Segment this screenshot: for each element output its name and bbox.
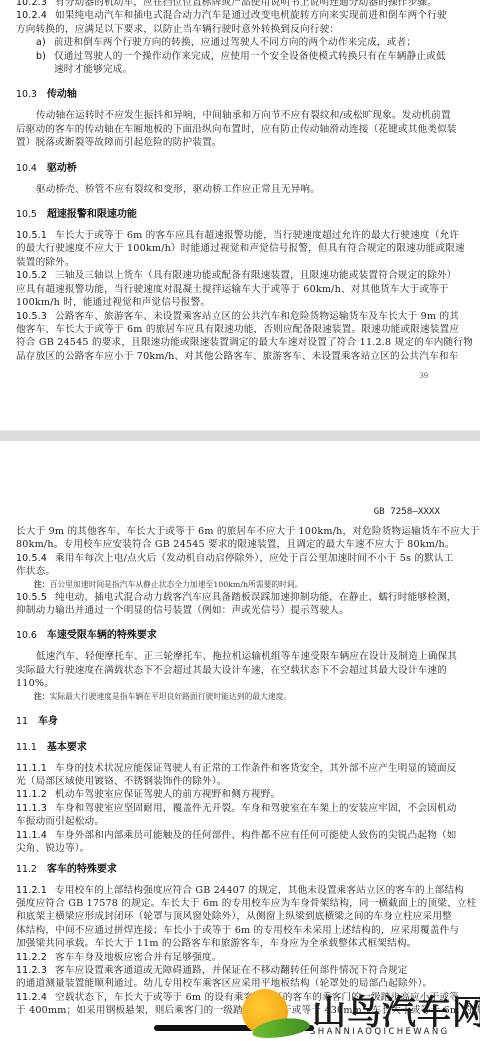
clause-11-1-2: 11.1.2机动车驾驶室应保证驾驶人的前方视野和侧方视野。 (16, 788, 440, 801)
clause-10-5-2: 10.5.2三轴及三轴以上货车（具有限速功能或配备有限速装置，且限速功能或装置符… (16, 269, 440, 282)
section-heading-11-2: 11.2客车的特殊要求 (16, 863, 440, 877)
clause-10-2-3: 10.2.3有分动器的机动车，应在挡位位置标牌或产品使用说明书上说明连通分动器的… (16, 0, 440, 9)
clause-10-5-2-cont: 100km/h 时，能通过视觉和声觉信号报警。 (16, 296, 440, 309)
para-10-4: 驱动桥壳、桥管不应有裂纹和变形，驱动桥工作应正常且无异响。 (16, 183, 440, 196)
clause-10-5-4: 10.5.4乘用车每次上电/点火后（发动机自动启停除外），应处于百公里加速时间不… (16, 552, 440, 565)
para-10-3-line-1: 传动轴在运转时不应发生振抖和异响，中间轴承和万向节不应有裂纹和/或松旷现象。发动… (16, 109, 440, 122)
list-item-b-cont: 速时才能够完成。 (16, 63, 440, 76)
document-id-header: GB 7258—XXXX (374, 506, 440, 517)
list-item-b: b)仅通过驾驶人的一个操作动作来完成，应使用一个安全设备使模式转换只有在车辆静止… (16, 50, 440, 63)
page-39-content: 10.2.3有分动器的机动车，应在挡位位置标牌或产品使用说明书上说明连通分动器的… (16, 0, 440, 363)
clause-10-5-3-cont: 符合 GB 24545 的要求，且限速功能或限速装置调定的最大车速对设置了符合 … (16, 336, 440, 349)
clause-11-2-1-cont: 和底架主横梁应形成封闭环（轮罩与顶风窗处除外），从侧窗上纵梁到底横梁之间的车身立… (16, 910, 440, 923)
clause-11-1-1: 11.1.1车身的技术状况应能保证驾驶人有正常的工作条件和客货安全，其外部不应产… (16, 762, 440, 775)
page-40-content: 长大于 9m 的其他客车、车长大于或等于 6m 的旅居车不应大于 100km/h… (16, 525, 440, 1018)
document-page-39: 10.2.3有分动器的机动车，应在挡位位置标牌或产品使用说明书上说明连通分动器的… (0, 0, 480, 430)
clause-10-5-3-cont: 他客车、车长大于或等于 6m 的旅居车应具有限速功能，否则应配备限速装置。限速功… (16, 323, 440, 336)
clause-11-1-4: 11.1.4车身外部和内部乘员可能触及的任何部件、构件都不应有任何可能使人致伤的… (16, 829, 440, 842)
clause-10-5-3: 10.5.3公路客车、旅游客车、未设置乘客站立区的公共汽车和危险货物运输货车及车… (16, 310, 440, 323)
section-heading-10-5: 10.5超速报警和限速功能 (16, 208, 440, 222)
para-10-3-line-3: 置）脱落或断裂等故障而引起危险的防护装置。 (16, 136, 440, 149)
clause-10-5-5: 10.5.5纯电动、插电式混合动力载客汽车应具备踏板误踩加速抑制功能，在静止、蠕… (16, 591, 440, 604)
clause-11-1-4-cont: 尖角、锐边等）。 (16, 842, 440, 855)
clause-10-5-5-cont: 抑制动力输出并通过一个明显的信号装置（例如：声或光信号）提示驾驶人。 (16, 604, 440, 617)
clause-10-5-1-cont: 装置的除外。 (16, 256, 440, 269)
clause-11-1-3: 11.1.3车身和驾驶室应坚固耐用，覆盖件无开裂。车身和驾驶室在车架上的安装应牢… (16, 802, 440, 815)
clause-11-2-1-cont: 体结构，中间不应通过拼焊连接；车长小于或等于 6m 的专用校车未采用上述结构的，… (16, 924, 440, 937)
clause-11-2-3: 11.2.3客车应设置乘客通道或无障碍通路，并保证在不移动翻转任何部件情况下符合… (16, 964, 440, 977)
clause-10-2-4: 10.2.4如果纯电动汽车和插电式混合动力汽车是通过改变电机旋转方向来实现前进和… (16, 9, 440, 22)
clause-11-1-3-cont: 车振动而引起松动。 (16, 815, 440, 828)
section-heading-10-6: 10.6车速受限车辆的特殊要求 (16, 629, 440, 643)
para-10-6-line-2: 实际最大行驶速度在满载状态下不会超过其最大设计车速，在空载状态下不会超过其最大设… (16, 664, 440, 677)
chapter-heading-11: 11车身 (16, 715, 440, 729)
clause-10-2-4-cont: 方向转换的，应满足以下要求，以防止当车辆行驶时意外转换到反向行驶： (16, 23, 440, 36)
site-watermark: 山鸟汽车网 SHANNIAOQICHEWANG (242, 985, 480, 1041)
clause-10-5-3-cont: 长大于 9m 的其他客车、车长大于或等于 6m 的旅居车不应大于 100km/h… (16, 525, 440, 538)
note-max-speed: 注：实际最大行驶速度是指车辆在平坦良好路面行驶时能达到的最大速度。 (16, 691, 440, 703)
para-10-6-line-3: 110%。 (16, 677, 440, 690)
clause-11-2-1-cont: 加强梁共同承载。车长大于 11m 的公路客车和旅游客车，车身应为全承载整体式框架… (16, 937, 440, 950)
para-10-6-line-1: 低速汽车、轻便摩托车、正三轮摩托车、拖拉机运输机组等车速受限车辆应在设计及制造上… (16, 650, 440, 663)
clause-11-2-1-cont: 强度应符合 GB 17578 的规定。车长大于 6m 的专用校车应为车身骨架结构… (16, 897, 440, 910)
clause-10-5-3-cont: 品存放区的公路客车应小于 70km/h、对其他公路客车、旅游客车、未设置乘客站立… (16, 350, 440, 363)
section-heading-10-3: 10.3传动轴 (16, 88, 440, 102)
watermark-subtitle: SHANNIAOQICHEWANG (310, 1027, 450, 1037)
clause-10-5-2-cont: 应具有超速报警功能，当行驶速度对混凝土搅拌运输车大于或等于 60km/h、对其他… (16, 283, 440, 296)
list-item-a: a)前进和倒车两个行驶方向的转换，应通过驾驶人不同方向的两个动作来完成，或者； (16, 36, 440, 49)
document-page-40: GB 7258—XXXX 长大于 9m 的其他客车、车长大于或等于 6m 的旅居… (0, 441, 480, 1041)
clause-11-2-2: 11.2.2客车车身及地板应密合并有足够强度。 (16, 951, 440, 964)
section-heading-11-1: 11.1基本要求 (16, 741, 440, 755)
clause-10-5-1: 10.5.1车长大于或等于 6m 的客车应具有超速报警功能，当行驶速度超过允许的… (16, 229, 440, 242)
clause-11-1-1-cont: 光（局部区域使用镀铬、不锈钢装饰件的除外）。 (16, 775, 440, 788)
clause-10-5-3-cont: 80km/h。专用校车应安装符合 GB 24545 要求的限速装置，且调定的最大… (16, 538, 440, 551)
clause-11-2-1: 11.2.1专用校车的上部结构强度应符合 GB 24407 的规定，其他未设置乘… (16, 884, 440, 897)
clause-10-5-4-cont: 作状态。 (16, 565, 440, 578)
section-heading-10-4: 10.4驱动桥 (16, 162, 440, 176)
page-number: 39 (420, 370, 429, 380)
note-acceleration: 注：百公里加速时间是指汽车从静止状态全力加速至100km/h所需要的时间。 (16, 579, 440, 591)
para-10-3-line-2: 后驱动的客车的传动轴在车厢地板的下面沿纵向布置时，应有防止传动轴滑动连接（花键或… (16, 123, 440, 136)
clause-10-5-1-cont: 的最大行驶速度不应大于 100km/h）时能通过视觉和声觉信号报警，但具有符合规… (16, 242, 440, 255)
